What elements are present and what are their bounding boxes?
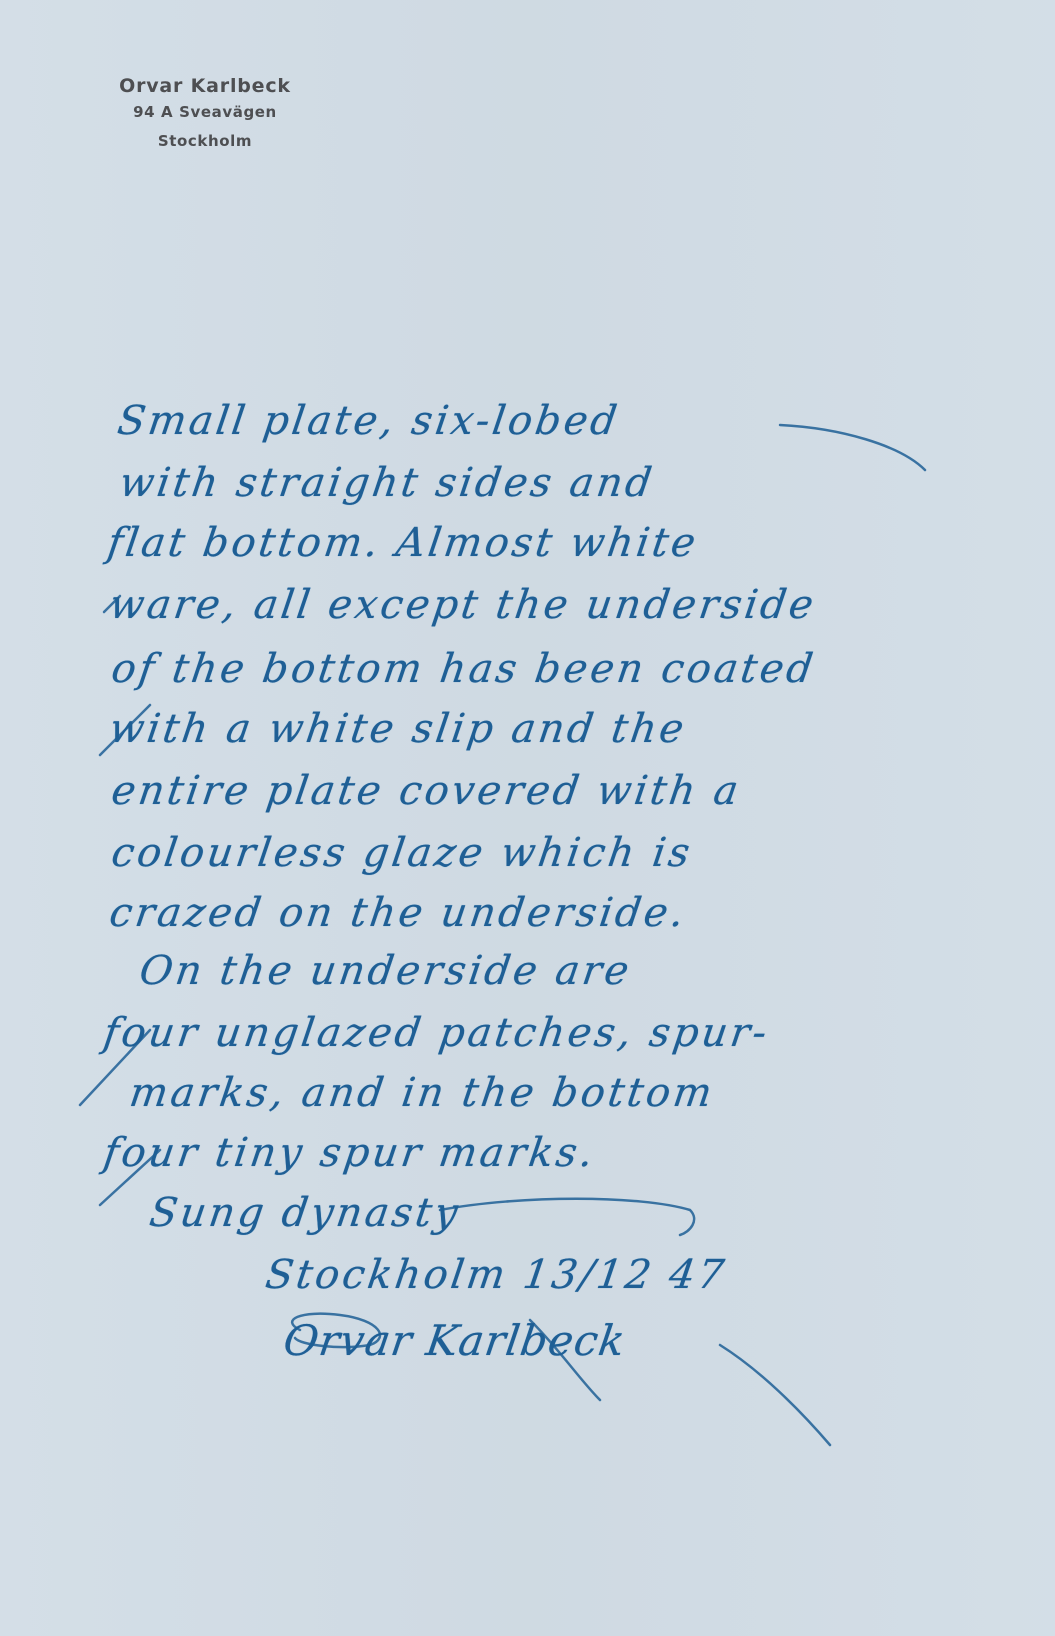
- letter-line: with a white slip and the: [107, 706, 690, 752]
- letter-line: four unglazed patches, spur-: [101, 1010, 773, 1056]
- handwritten-letter-body: Small plate, six-lobed with straight sid…: [0, 0, 1055, 1636]
- signature: Orvar Karlbeck: [281, 1316, 629, 1365]
- place-and-date: Stockholm 13/12 47: [263, 1252, 730, 1298]
- letter-line: four tiny spur marks.: [101, 1130, 599, 1176]
- letter-line: marks, and in the bottom: [127, 1070, 718, 1116]
- letter-line: with straight sides and: [117, 460, 658, 506]
- letter-line: On the underside are: [137, 948, 635, 994]
- letter-line: crazed on the underside.: [107, 890, 690, 936]
- letter-line: entire plate covered with a: [109, 768, 744, 814]
- letter-dynasty-line: Sung dynasty: [147, 1190, 464, 1236]
- letter-line: flat bottom. Almost white: [105, 520, 702, 566]
- letter-line: colourless glaze which is: [109, 830, 696, 876]
- letter-line: Small plate, six-lobed: [115, 398, 623, 444]
- letter-line: ware, all except the underside: [107, 582, 819, 628]
- letter-line: of the bottom has been coated: [109, 646, 819, 692]
